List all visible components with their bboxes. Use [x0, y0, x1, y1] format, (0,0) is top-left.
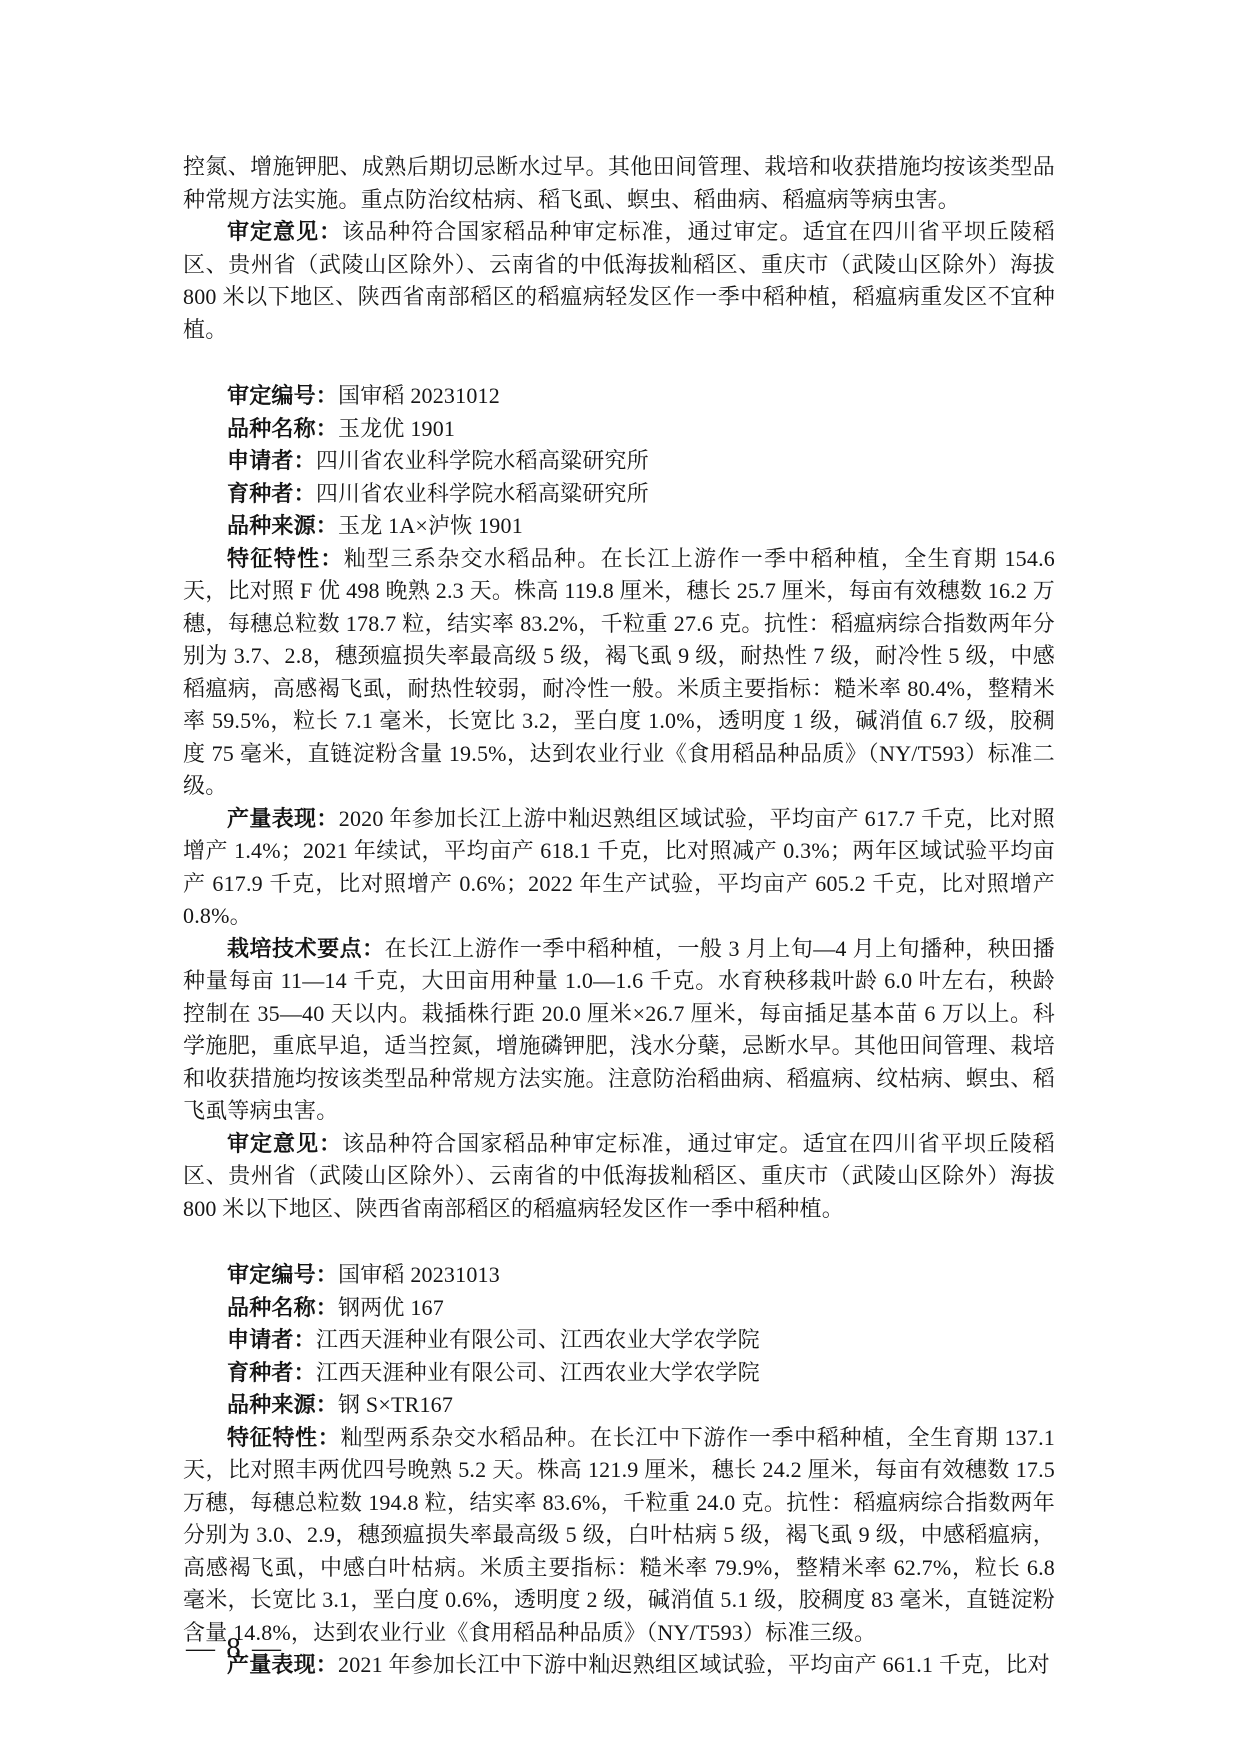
field-label: 品种名称：: [227, 416, 338, 441]
field-label: 审定编号：: [227, 383, 338, 408]
field-value: 国审稻 20231012: [338, 383, 500, 408]
field-label: 品种来源：: [227, 513, 338, 538]
field-variety-source: 品种来源：钢 S×TR167: [183, 1389, 1055, 1422]
paragraph-yield-performance: 产量表现：2020 年参加长江上游中籼迟熟组区域试验，平均亩产 617.7 千克…: [183, 803, 1055, 933]
field-label: 育种者：: [227, 481, 316, 506]
paragraph-label: 特征特性：: [227, 546, 344, 571]
field-label: 审定编号：: [227, 1262, 338, 1287]
paragraph-label: 审定意见：: [227, 219, 342, 244]
page-body: 控氮、增施钾肥、成熟后期切忌断水过早。其他田间管理、栽培和收获措施均按该类型品种…: [183, 151, 1055, 1682]
paragraph-characteristics: 特征特性：籼型三系杂交水稻品种。在长江上游作一季中稻种植，全生育期 154.6 …: [183, 543, 1055, 803]
field-breeder: 育种者：江西天涯种业有限公司、江西农业大学农学院: [183, 1357, 1055, 1390]
paragraph-label: 栽培技术要点：: [227, 936, 385, 961]
paragraph-approval-opinion: 审定意见：该品种符合国家稻品种审定标准，通过审定。适宜在四川省平坝丘陵稻区、贵州…: [183, 1128, 1055, 1226]
field-value: 钢两优 167: [338, 1295, 444, 1320]
field-value: 玉龙 1A×泸恢 1901: [338, 513, 523, 538]
paragraph-label: 审定意见：: [227, 1131, 342, 1156]
paragraph-text: 2021 年参加长江中下游中籼迟熟组区域试验，平均亩产 661.1 千克，比对: [338, 1652, 1050, 1677]
field-label: 申请者：: [227, 1327, 316, 1352]
document-page: 控氮、增施钾肥、成熟后期切忌断水过早。其他田间管理、栽培和收获措施均按该类型品种…: [0, 0, 1240, 1754]
blank-line: [183, 346, 1055, 380]
field-value: 江西天涯种业有限公司、江西农业大学农学院: [316, 1327, 760, 1352]
paragraph-cultivation-points: 栽培技术要点：在长江上游作一季中稻种植，一般 3 月上旬—4 月上旬播种，秧田播…: [183, 933, 1055, 1128]
field-approval-number: 审定编号：国审稻 20231012: [183, 380, 1055, 413]
field-value: 钢 S×TR167: [338, 1392, 453, 1417]
field-value: 玉龙优 1901: [338, 416, 455, 441]
variety-entry-2: 审定编号：国审稻 20231013 品种名称：钢两优 167 申请者：江西天涯种…: [183, 1259, 1055, 1682]
field-label: 育种者：: [227, 1360, 316, 1385]
paragraph-label: 产量表现：: [227, 806, 339, 831]
paragraph-label: 特征特性：: [227, 1425, 340, 1450]
paragraph-text: 籼型三系杂交水稻品种。在长江上游作一季中稻种植，全生育期 154.6 天，比对照…: [183, 546, 1055, 799]
paragraph-text: 籼型两系杂交水稻品种。在长江中下游作一季中稻种植，全生育期 137.1 天，比对…: [183, 1425, 1055, 1645]
field-value: 国审稻 20231013: [338, 1262, 500, 1287]
paragraph-yield-performance: 产量表现：2021 年参加长江中下游中籼迟熟组区域试验，平均亩产 661.1 千…: [183, 1649, 1055, 1682]
paragraph-approval-opinion-continued: 审定意见：该品种符合国家稻品种审定标准，通过审定。适宜在四川省平坝丘陵稻区、贵州…: [183, 216, 1055, 346]
paragraph-characteristics: 特征特性：籼型两系杂交水稻品种。在长江中下游作一季中稻种植，全生育期 137.1…: [183, 1422, 1055, 1650]
field-breeder: 育种者：四川省农业科学院水稻高粱研究所: [183, 478, 1055, 511]
blank-line: [183, 1225, 1055, 1259]
field-approval-number: 审定编号：国审稻 20231013: [183, 1259, 1055, 1292]
field-variety-name: 品种名称：钢两优 167: [183, 1292, 1055, 1325]
field-value: 四川省农业科学院水稻高粱研究所: [316, 481, 649, 506]
field-variety-name: 品种名称：玉龙优 1901: [183, 413, 1055, 446]
field-label: 品种来源：: [227, 1392, 338, 1417]
field-label: 品种名称：: [227, 1295, 338, 1320]
field-applicant: 申请者：江西天涯种业有限公司、江西农业大学农学院: [183, 1324, 1055, 1357]
page-number: — 8 —: [186, 1631, 283, 1665]
paragraph-text: 在长江上游作一季中稻种植，一般 3 月上旬—4 月上旬播种，秧田播种量每亩 11…: [183, 936, 1055, 1124]
field-value: 四川省农业科学院水稻高粱研究所: [316, 448, 649, 473]
field-label: 申请者：: [227, 448, 316, 473]
field-value: 江西天涯种业有限公司、江西农业大学农学院: [316, 1360, 760, 1385]
variety-entry-1: 审定编号：国审稻 20231012 品种名称：玉龙优 1901 申请者：四川省农…: [183, 380, 1055, 1225]
field-variety-source: 品种来源：玉龙 1A×泸恢 1901: [183, 510, 1055, 543]
field-applicant: 申请者：四川省农业科学院水稻高粱研究所: [183, 445, 1055, 478]
paragraph-cultivation-continued: 控氮、增施钾肥、成熟后期切忌断水过早。其他田间管理、栽培和收获措施均按该类型品种…: [183, 151, 1055, 216]
